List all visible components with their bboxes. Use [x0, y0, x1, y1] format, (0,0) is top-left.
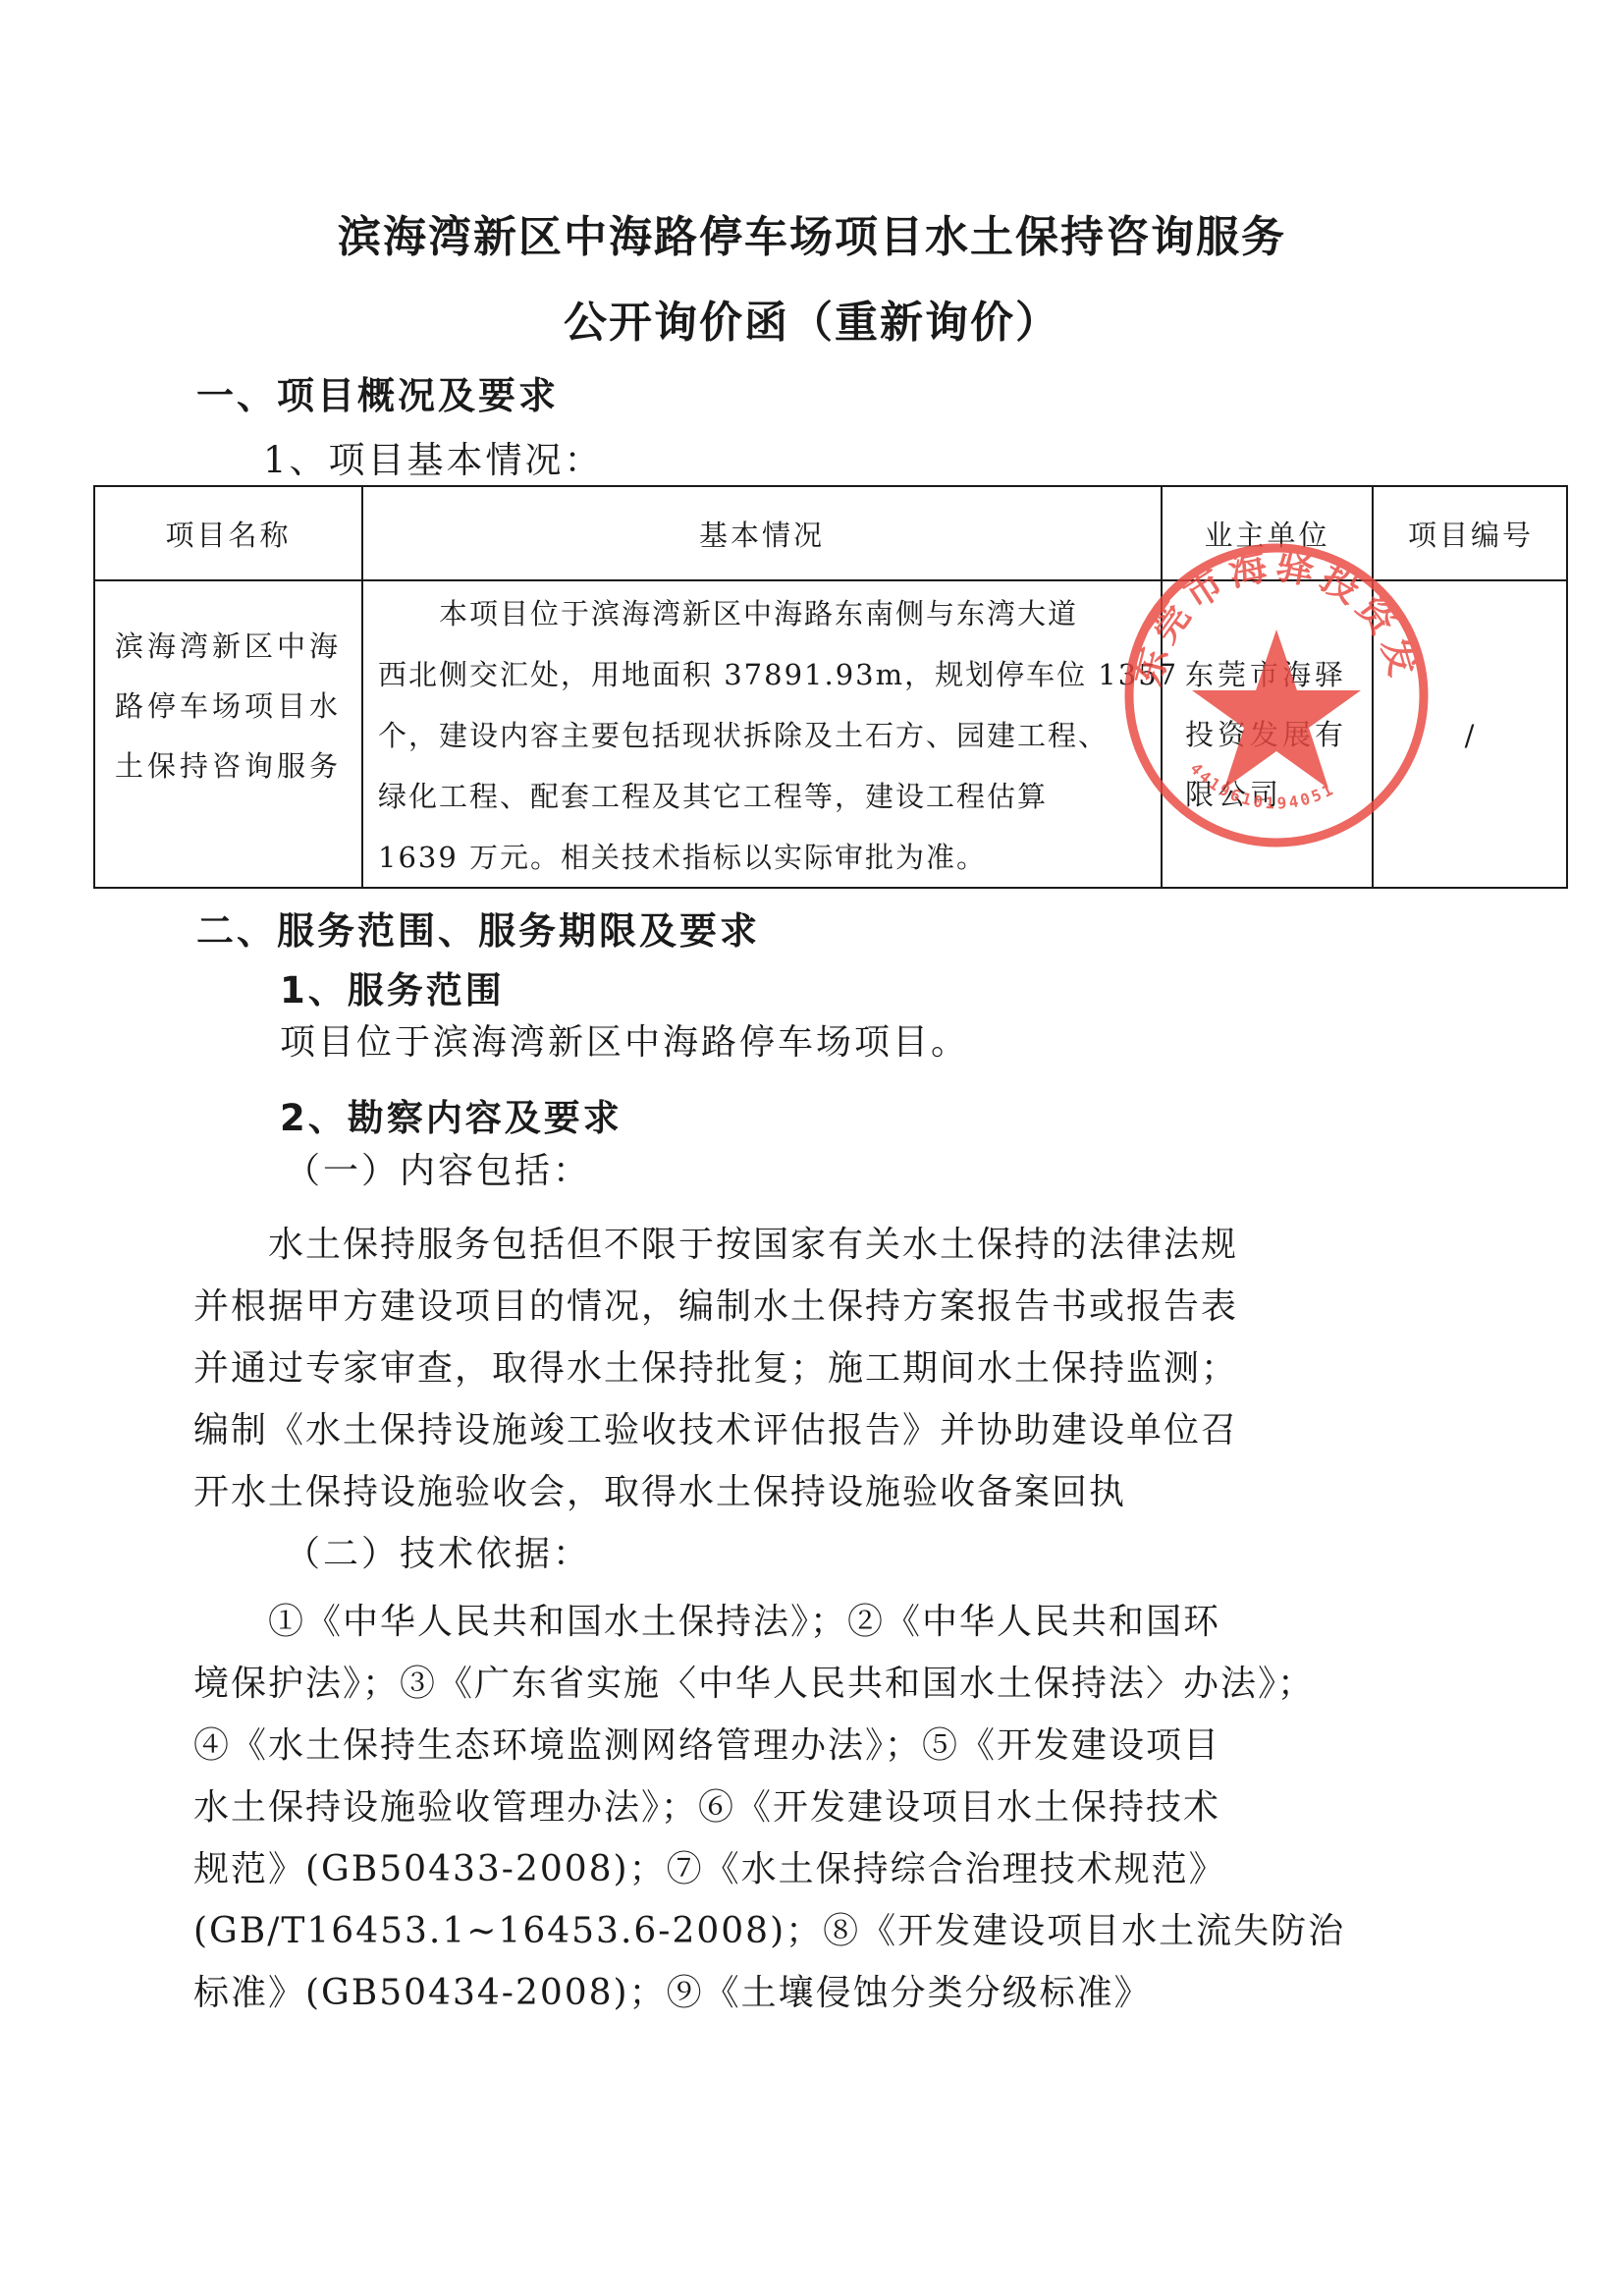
scope-text: 项目位于滨海湾新区中海路停车场项目。 [280, 1018, 969, 1067]
survey-heading: 2、勘察内容及要求 [280, 1088, 623, 1141]
document-title-line1: 滨海湾新区中海路停车场项目水土保持咨询服务 [0, 201, 1624, 264]
basis-line: (GB/T16453.1~16453.6-2008)；⑧《开发建设项目水土流失防… [193, 1900, 1423, 1962]
basis-line: 规范》(GB50433-2008)；⑦《水土保持综合治理技术规范》 [193, 1838, 1423, 1900]
content-line: 编制《水土保持设施竣工验收技术评估报告》并协助建设单位召 [193, 1399, 1423, 1461]
basic-info-line: 个，建设内容主要包括现状拆除及土石方、园建工程、 [378, 705, 1178, 766]
section1-subheading: 1、项目基本情况： [263, 430, 604, 483]
project-info-table: 项目名称 基本情况 业主单位 项目编号 滨海湾新区中海 路停车场项目水 土保持咨… [93, 485, 1568, 889]
basis-line: ①《中华人民共和国水土保持法》；②《中华人民共和国环 [193, 1591, 1423, 1653]
content-line: 开水土保持设施验收会，取得水土保持设施验收备案回执 [193, 1461, 1423, 1523]
content-line: 并通过专家审查，取得水土保持批复；施工期间水土保持监测； [193, 1338, 1423, 1399]
owner-line: 投资发展有 [1185, 705, 1347, 765]
owner-line: 东莞市海驿 [1185, 645, 1347, 705]
content-line: 并根据甲方建设项目的情况，编制水土保持方案报告书或报告表 [193, 1276, 1423, 1338]
table-cell-basic-info: 本项目位于滨海湾新区中海路东南侧与东湾大道 西北侧交汇处，用地面积 37891.… [378, 583, 1178, 888]
basis-line: 水土保持设施验收管理办法》；⑥《开发建设项目水土保持技术 [193, 1777, 1423, 1838]
basis-line: ④《水土保持生态环境监测网络管理办法》；⑤《开发建设项目 [193, 1715, 1423, 1777]
table-header-project-name: 项目名称 [95, 487, 361, 579]
basis-paragraph: ①《中华人民共和国水土保持法》；②《中华人民共和国环 境保护法》；③《广东省实施… [193, 1591, 1423, 2024]
content-heading: （一）内容包括： [285, 1147, 591, 1196]
table-cell-project-name: 滨海湾新区中海 路停车场项目水 土保持咨询服务 [115, 617, 342, 796]
owner-line: 限公司 [1185, 765, 1347, 825]
table-header-owner: 业主单位 [1163, 487, 1372, 579]
section1-heading: 一、项目概况及要求 [196, 365, 559, 419]
project-name-line: 滨海湾新区中海 [115, 617, 342, 677]
table-cell-project-number: / [1374, 581, 1568, 889]
basis-line: 境保护法》；③《广东省实施〈中华人民共和国水土保持法〉办法》； [193, 1653, 1423, 1715]
basic-info-line: 1639 万元。相关技术指标以实际审批为准。 [378, 827, 1178, 888]
content-paragraph: 水土保持服务包括但不限于按国家有关水土保持的法律法规 并根据甲方建设项目的情况，… [193, 1214, 1423, 1523]
table-header-basic-info: 基本情况 [363, 487, 1161, 579]
scope-heading: 1、服务范围 [280, 960, 505, 1013]
content-line: 水土保持服务包括但不限于按国家有关水土保持的法律法规 [193, 1214, 1423, 1276]
table-header-project-number: 项目编号 [1374, 487, 1568, 579]
section2-heading: 二、服务范围、服务期限及要求 [196, 901, 760, 955]
project-name-line: 土保持咨询服务 [115, 737, 342, 796]
basic-info-line: 西北侧交汇处，用地面积 37891.93m，规划停车位 1357 [378, 644, 1178, 705]
table-cell-owner: 东莞市海驿 投资发展有 限公司 [1185, 645, 1347, 825]
document-title-line2: 公开询价函（重新询价） [0, 287, 1624, 350]
basic-info-line: 绿化工程、配套工程及其它工程等，建设工程估算 [378, 766, 1178, 827]
table-header-divider [95, 579, 1566, 581]
basis-line: 标准》(GB50434-2008)；⑨《土壤侵蚀分类分级标准》 [193, 1962, 1423, 2024]
project-name-line: 路停车场项目水 [115, 677, 342, 737]
basic-info-line: 本项目位于滨海湾新区中海路东南侧与东湾大道 [378, 583, 1178, 644]
basis-heading: （二）技术依据： [285, 1530, 591, 1579]
